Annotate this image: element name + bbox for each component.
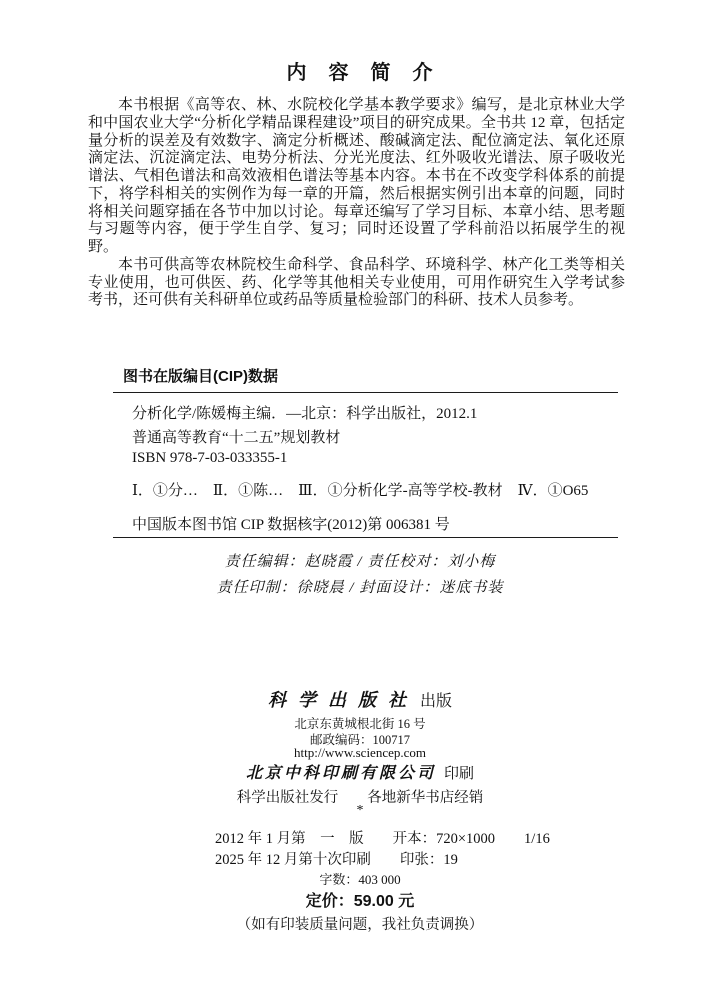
credits-editor-line: 责任编辑：赵晓霞 / 责任校对：刘小梅 xyxy=(0,550,720,571)
publisher-line: 科学出版社出版 xyxy=(0,686,720,712)
printer-line: 北京中科印刷有限公司印刷 xyxy=(0,760,720,783)
printer-suffix: 印刷 xyxy=(444,766,474,782)
cip-line-title: 分析化学/陈媛梅主编．—北京：科学出版社，2012.1 xyxy=(132,402,477,423)
cip-line-isbn: ISBN 978-7-03-033355-1 xyxy=(132,450,287,467)
intro-paragraph-2: 本书可供高等农林院校生命科学、食品科学、环境科学、林产化工类等相关专业使用，也可… xyxy=(88,257,625,310)
publisher-suffix: 出版 xyxy=(420,693,452,710)
intro-paragraph-1: 本书根据《高等农、林、水院校化学基本教学要求》编写，是北京林业大学和中国农业大学… xyxy=(88,97,625,257)
copyright-page: 内 容 简 介 本书根据《高等农、林、水院校化学基本教学要求》编写，是北京林业大… xyxy=(0,0,720,1000)
cip-line-registration: 中国版本图书馆 CIP 数据核字(2012)第 006381 号 xyxy=(132,513,450,534)
cip-line-series: 普通高等教育“十二五”规划教材 xyxy=(132,426,340,447)
printer-name: 北京中科印刷有限公司 xyxy=(246,765,436,782)
separator-asterisk: * xyxy=(0,803,720,819)
price-line: 定价：59.00 元 xyxy=(0,888,720,911)
cip-rule-top xyxy=(113,392,618,393)
wordcount-line: 字数：403 000 xyxy=(0,869,720,888)
cip-heading: 图书在版编目(CIP)数据 xyxy=(123,365,278,386)
cip-rule-bottom xyxy=(113,537,618,538)
publisher-name: 科学出版社 xyxy=(268,690,418,710)
publisher-website: http://www.sciencep.com xyxy=(0,745,720,761)
edition-line: 2012 年 1 月第 一 版 开本：720×1000 1/16 xyxy=(215,827,550,848)
printing-line: 2025 年 12 月第十次印刷 印张：19 xyxy=(215,848,458,869)
quality-notice: （如有印装质量问题，我社负责调换） xyxy=(0,913,720,934)
cip-line-classification: Ⅰ．①分… Ⅱ．①陈… Ⅲ．①分析化学-高等学校-教材 Ⅳ．①O65 xyxy=(132,479,588,500)
intro-title: 内 容 简 介 xyxy=(0,56,720,85)
intro-section: 本书根据《高等农、林、水院校化学基本教学要求》编写，是北京林业大学和中国农业大学… xyxy=(88,97,625,310)
credits-design-line: 责任印制：徐晓晨 / 封面设计：迷底书装 xyxy=(0,576,720,597)
